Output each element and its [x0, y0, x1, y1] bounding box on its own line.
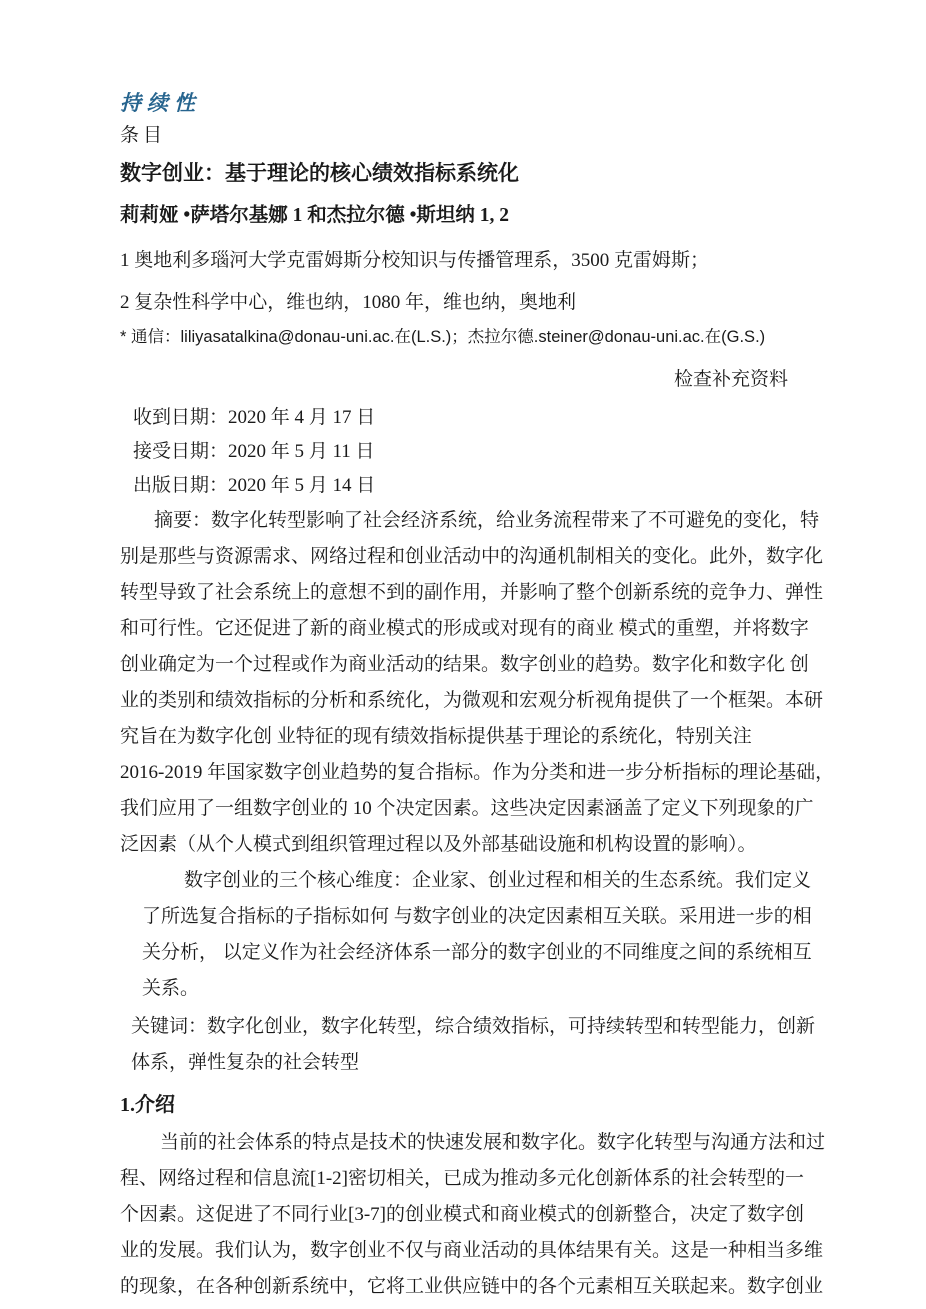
keywords-line: 关键词：数字化创业，数字化转型，综合绩效指标，可持续转型和转型能力，创新 — [131, 1009, 860, 1045]
intro-line: 业的发展。我们认为，数字创业不仅与商业活动的具体结果有关。这是一种相当多维 — [120, 1233, 860, 1269]
abstract-line: 摘要：数字化转型影响了社会经济系统，给业务流程带来了不可避免的变化，特 — [120, 503, 860, 539]
affiliation-1: 1 奥地利多瑙河大学克雷姆斯分校知识与传播管理系，3500 克雷姆斯； — [120, 248, 860, 274]
abstract-line: 泛因素（从个人模式到组织管理过程以及外部基础设施和机构设置的影响）。 — [120, 827, 860, 863]
abstract-line: 数字创业的三个核心维度：企业家、创业过程和相关的生态系统。我们定义 — [142, 863, 860, 899]
date-accepted: 接受日期：2020 年 5 月 11 日 — [133, 435, 860, 469]
intro-line: 当前的社会体系的特点是技术的快速发展和数字化。数字化转型与沟通方法和过 — [120, 1125, 860, 1161]
keywords-line: 体系，弹性复杂的社会转型 — [131, 1045, 860, 1081]
introduction-paragraph: 当前的社会体系的特点是技术的快速发展和数字化。数字化转型与沟通方法和过 程、网络… — [120, 1125, 860, 1305]
abstract-line: 创业确定为一个过程或作为商业活动的结果。数字创业的趋势。数字化和数字化 创 — [120, 647, 860, 683]
abstract-line: 究旨在为数字化创 业特征的现有绩效指标提供基于理论的系统化，特别关注 — [120, 719, 860, 755]
intro-line: 的现象，在各种创新系统中，它将工业供应链中的各个元素相互关联起来。数字创业 — [120, 1269, 860, 1305]
abstract-line: 了所选复合指标的子指标如何 与数字创业的决定因素相互关联。采用进一步的相 — [142, 899, 860, 935]
abstract-line: 转型导致了社会系统上的意想不到的副作用，并影响了整个创新系统的竞争力、弹性 — [120, 575, 860, 611]
abstract-paragraph-2: 数字创业的三个核心维度：企业家、创业过程和相关的生态系统。我们定义 了所选复合指… — [142, 863, 860, 1007]
abstract-line: 关分析， 以定义作为社会经济体系一部分的数字创业的不同维度之间的系统相互 — [142, 935, 860, 971]
abstract-line: 关系。 — [142, 971, 860, 1007]
abstract-line: 别是那些与资源需求、网络过程和创业活动中的沟通机制相关的变化。此外，数字化 — [120, 539, 860, 575]
intro-line: 个因素。这促进了不同行业[3-7]的创业模式和商业模式的创新整合，决定了数字创 — [120, 1197, 860, 1233]
date-received: 收到日期：2020 年 4 月 17 日 — [133, 401, 860, 435]
entry-label: 条目 — [120, 123, 860, 149]
intro-line: 程、网络过程和信息流[1-2]密切相关，已成为推动多元化创新体系的社会转型的一 — [120, 1161, 860, 1197]
keywords-block: 关键词：数字化创业，数字化转型，综合绩效指标，可持续转型和转型能力，创新 体系，… — [131, 1009, 860, 1081]
section-heading-introduction: 1.介绍 — [120, 1089, 860, 1121]
correspondence-line: * 通信：liliyasatalkina@donau-uni.ac.在(L.S.… — [120, 325, 860, 349]
abstract-line: 我们应用了一组数字创业的 10 个决定因素。这些决定因素涵盖了定义下列现象的广 — [120, 791, 860, 827]
paper-title: 数字创业：基于理论的核心绩效指标系统化 — [120, 158, 860, 188]
document-page: 持续性 条目 数字创业：基于理论的核心绩效指标系统化 莉莉娅 •萨塔尔基娜 1 … — [0, 0, 926, 1309]
date-published: 出版日期：2020 年 5 月 14 日 — [133, 469, 860, 503]
authors-line: 莉莉娅 •萨塔尔基娜 1 和杰拉尔德 •斯坦纳 1, 2 — [120, 203, 860, 229]
supplementary-note: 检查补充资料 — [120, 367, 860, 393]
affiliation-2: 2 复杂性科学中心，维也纳，1080 年，维也纳，奥地利 — [120, 290, 860, 316]
abstract-line: 业的类别和绩效指标的分析和系统化，为微观和宏观分析视角提供了一个框架。本研 — [120, 683, 860, 719]
abstract-paragraph-1: 摘要：数字化转型影响了社会经济系统，给业务流程带来了不可避免的变化，特 别是那些… — [120, 503, 860, 863]
journal-name-link[interactable]: 持续性 — [120, 90, 860, 116]
document-content: 持续性 条目 数字创业：基于理论的核心绩效指标系统化 莉莉娅 •萨塔尔基娜 1 … — [120, 0, 860, 1305]
dates-block: 收到日期：2020 年 4 月 17 日 接受日期：2020 年 5 月 11 … — [133, 401, 860, 503]
abstract-line: 和可行性。它还促进了新的商业模式的形成或对现有的商业 模式的重塑，并将数字 — [120, 611, 860, 647]
abstract-line: 2016-2019 年国家数字创业趋势的复合指标。作为分类和进一步分析指标的理论… — [120, 755, 860, 791]
